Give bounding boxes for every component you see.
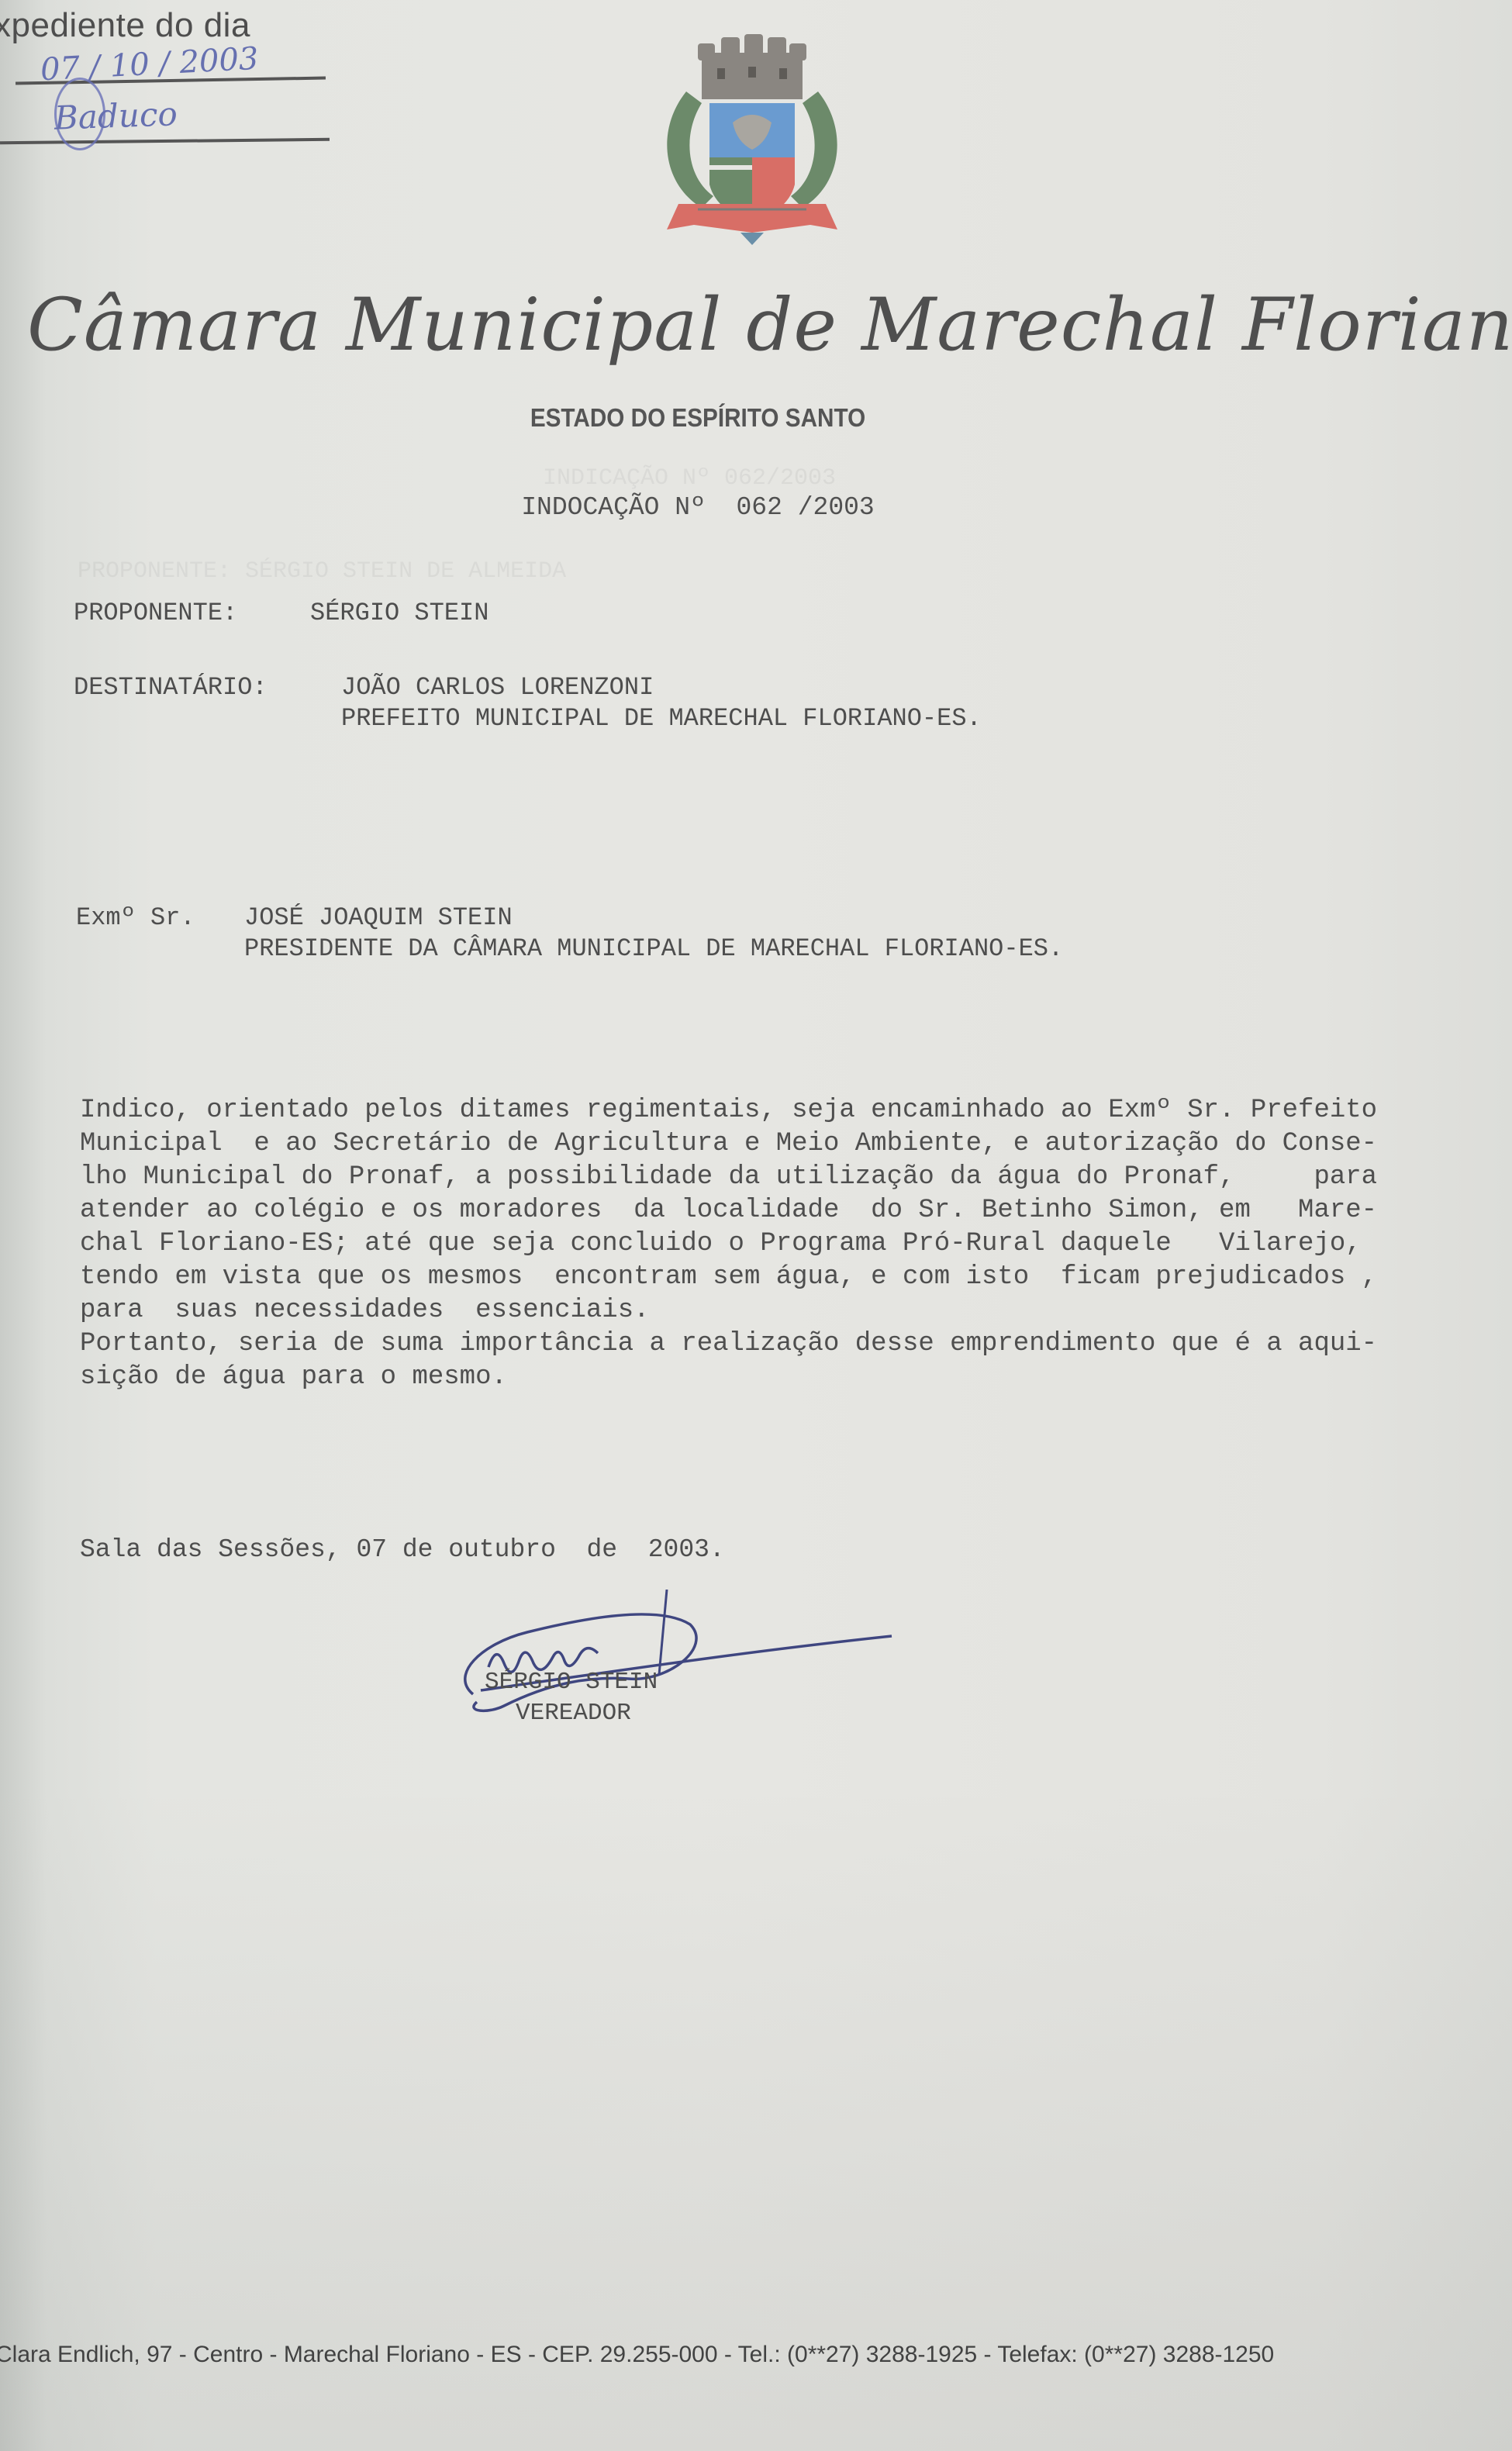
- body-line: para suas necessidades essenciais.: [80, 1296, 650, 1325]
- proponente-label: PROPONENTE:: [74, 599, 237, 627]
- paper-shadow: [0, 0, 1512, 2451]
- signer-name: SÉRGIO STEIN: [485, 1669, 658, 1696]
- body-line: Indico, orientado pelos ditames regiment…: [80, 1096, 1377, 1125]
- body-line: atender ao colégio e os moradores da loc…: [80, 1196, 1377, 1225]
- body-line: lho Municipal do Pronaf, a possibilidade…: [80, 1162, 1377, 1192]
- document-title: INDOCAÇÃO Nº 062 /2003: [0, 493, 1396, 522]
- body-line: sição de água para o mesmo.: [80, 1362, 507, 1392]
- destinatario-label: DESTINATÁRIO:: [74, 673, 268, 702]
- protocol-stamp-label: xpediente do dia: [0, 6, 250, 45]
- body-line: Portanto, seria de suma importância a re…: [80, 1329, 1377, 1358]
- body-line: chal Floriano-ES; até que seja concluido…: [80, 1229, 1362, 1258]
- stamp-line: [0, 138, 330, 144]
- coat-of-arms-icon: [655, 29, 849, 250]
- bleed-through-text: INDICAÇÃO Nº 062/2003: [543, 465, 836, 492]
- addressee-salutation: Exmº Sr.: [76, 903, 195, 932]
- signer-role: VEREADOR: [516, 1700, 631, 1727]
- signature-icon: [434, 1590, 899, 1721]
- body-line: Municipal e ao Secretário de Agricultura…: [80, 1129, 1377, 1158]
- addressee-name: JOSÉ JOAQUIM STEIN: [244, 903, 513, 932]
- place-date: Sala das Sessões, 07 de outubro de 2003.: [80, 1535, 725, 1564]
- destinatario-title: PREFEITO MUNICIPAL DE MARECHAL FLORIANO-…: [341, 704, 982, 733]
- handwritten-signature-stamp: Baduco: [54, 95, 178, 137]
- state-subtitle: ESTADO DO ESPÍRITO SANTO: [70, 403, 1326, 433]
- institution-title: Câmara Municipal de Marechal Floriano: [27, 283, 1512, 368]
- body-line: tendo em vista que os mesmos encontram s…: [80, 1262, 1377, 1292]
- proponente-name: SÉRGIO STEIN: [310, 599, 488, 627]
- bleed-through-text: PROPONENTE: SÉRGIO STEIN DE ALMEIDA: [78, 558, 566, 585]
- footer-address: Clara Endlich, 97 - Centro - Marechal Fl…: [0, 2342, 1274, 2368]
- addressee-title: PRESIDENTE DA CÂMARA MUNICIPAL DE MARECH…: [244, 934, 1063, 963]
- destinatario-name: JOÃO CARLOS LORENZONI: [341, 673, 654, 702]
